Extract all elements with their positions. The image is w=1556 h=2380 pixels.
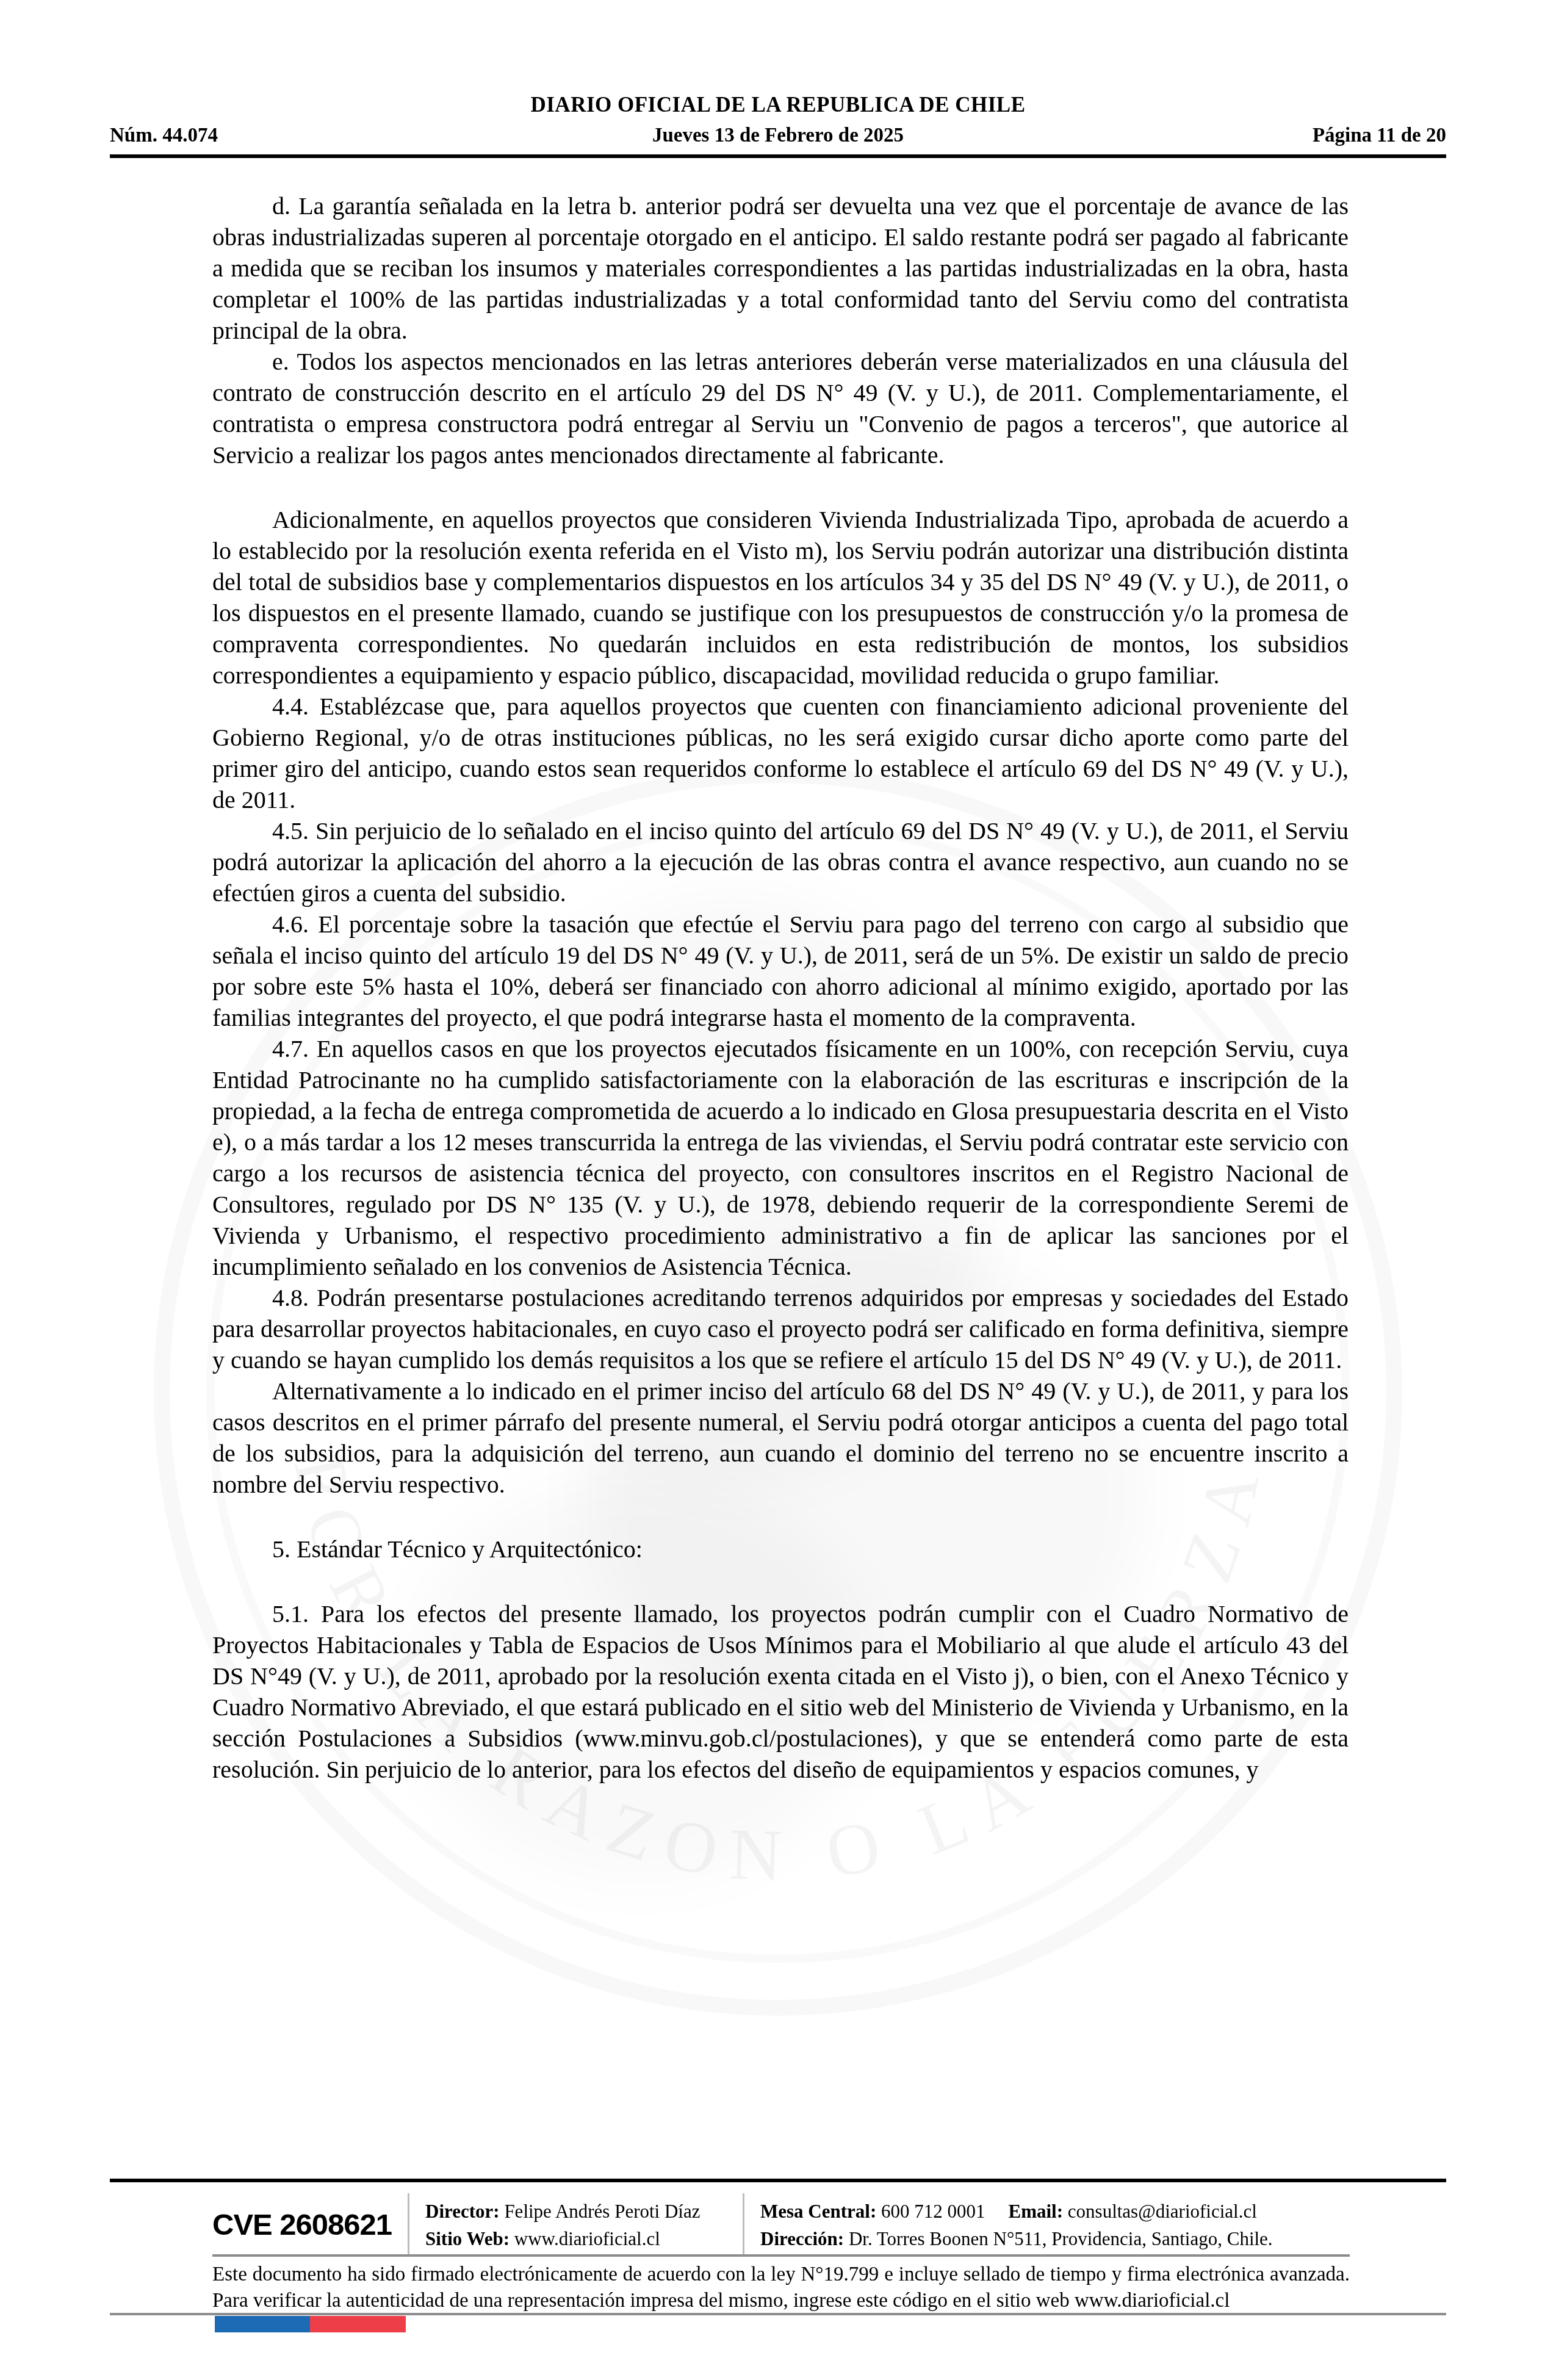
website-label: Sitio Web: [425, 2228, 510, 2249]
body-paragraph: 4.6. El porcentaje sobre la tasación que… [212, 909, 1349, 1033]
footer-info-box: CVE 2608621 Director: Felipe Andrés Pero… [212, 2194, 1350, 2256]
body-paragraph: Adicionalmente, en aquellos proyectos qu… [212, 504, 1349, 691]
mesa-central-number: 600 712 0001 [881, 2201, 985, 2222]
signature-disclaimer: Este documento ha sido firmado electróni… [212, 2262, 1350, 2314]
chile-flag-bar [215, 2316, 406, 2332]
flag-blue-segment [215, 2316, 310, 2332]
director-name: Felipe Andrés Peroti Díaz [504, 2201, 700, 2222]
document-page: POR LA RAZON O LA FUERZA DIARIO OFICIAL … [0, 0, 1556, 2380]
body-paragraph: e. Todos los aspectos mencionados en las… [212, 346, 1349, 471]
address-line: Dirección: Dr. Torres Boonen N°511, Prov… [760, 2225, 1273, 2252]
website-line: Sitio Web: www.diarioficial.cl [425, 2225, 730, 2252]
body-paragraph: 4.4. Establézcase que, para aquellos pro… [212, 691, 1349, 815]
director-label: Director: [425, 2201, 500, 2222]
phone-email-line: Mesa Central: 600 712 0001Email: consult… [760, 2198, 1273, 2225]
publication-title: DIARIO OFICIAL DE LA REPUBLICA DE CHILE [0, 93, 1556, 117]
address-value: Dr. Torres Boonen N°511, Providencia, Sa… [849, 2228, 1273, 2249]
footer-inner-rule [212, 2254, 1350, 2257]
body-paragraph: 4.7. En aquellos casos en que los proyec… [212, 1033, 1349, 1282]
footer-divider [743, 2193, 744, 2257]
footer-bottom-rule [110, 2313, 1446, 2315]
email-address: consultas@diarioficial.cl [1068, 2201, 1257, 2222]
mesa-central-label: Mesa Central: [760, 2201, 876, 2222]
body-paragraph: 5.1. Para los efectos del presente llama… [212, 1598, 1349, 1785]
body-paragraph: 4.8. Podrán presentarse postulaciones ac… [212, 1282, 1349, 1376]
body-paragraph: 5. Estándar Técnico y Arquitectónico: [212, 1534, 1349, 1565]
footer-divider [408, 2193, 409, 2257]
footer-contact-column: Mesa Central: 600 712 0001Email: consult… [760, 2198, 1273, 2252]
cve-code: CVE 2608621 [212, 2208, 395, 2242]
footer-top-rule [110, 2179, 1446, 2182]
body-paragraph: Alternativamente a lo indicado en el pri… [212, 1376, 1349, 1500]
page-indicator: Página 11 de 20 [1313, 124, 1446, 147]
director-line: Director: Felipe Andrés Peroti Díaz [425, 2198, 730, 2225]
issue-date: Jueves 13 de Febrero de 2025 [110, 124, 1446, 147]
document-body: d. La garantía señalada en la letra b. a… [212, 190, 1349, 1785]
body-paragraph: d. La garantía señalada en la letra b. a… [212, 190, 1349, 346]
masthead-row: Núm. 44.074 Jueves 13 de Febrero de 2025… [110, 124, 1446, 149]
body-paragraph: 4.5. Sin perjuicio de lo señalado en el … [212, 815, 1349, 909]
address-label: Dirección: [760, 2228, 844, 2249]
footer-director-column: Director: Felipe Andrés Peroti Díaz Siti… [425, 2198, 730, 2252]
flag-red-segment [310, 2316, 406, 2332]
website-url: www.diarioficial.cl [514, 2228, 660, 2249]
email-label: Email: [1009, 2201, 1064, 2222]
header-rule [110, 154, 1446, 158]
